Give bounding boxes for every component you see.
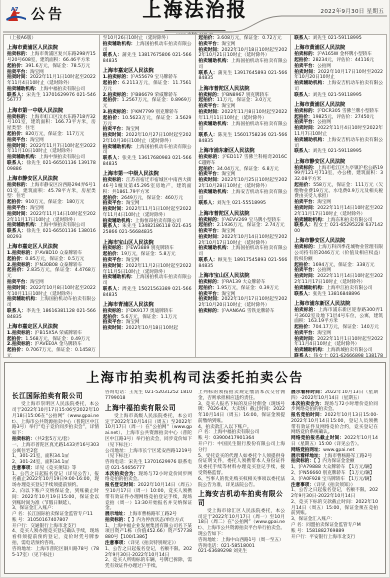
intro-paragraph: 受上海市徐汇区人民法院委托，本公司定于2022年10月17日（周一）至10月18…	[198, 509, 285, 538]
field-line: 拍卖时间：2022年10月17日10时至2022年10月20日10时止	[294, 70, 383, 82]
court-name-heading: 上海市静安区人民法院	[294, 238, 383, 244]
field-line: 拍卖时间：2022年11月8日10时起至2022年11月11日10时止（延时除外…	[199, 110, 288, 122]
text-line: 开户行：平安银行上海市北支行	[291, 535, 378, 541]
field-line: 拍卖辅助机构：上海国拍机动车拍卖有限公司	[7, 297, 96, 309]
court-name-heading: 上海市普陀区人民法院	[199, 211, 288, 217]
field-line: 注意事项：（详见《拍卖特别规定》）	[105, 541, 192, 547]
court-name-heading: 上海市黄浦区人民法院	[294, 102, 383, 108]
field-line: 联系人：蒲先生 13917645893 021-56684835	[199, 71, 288, 83]
court-name-heading: 上海市宝山区人民法院	[103, 240, 192, 246]
court-name-heading: 上海市普陀区人民法院	[199, 86, 288, 92]
field-line: 联系人：李先生 18616381128 021-56684835	[7, 309, 96, 321]
field-line: 拍卖时间：2022年10月18日10时起至2022年10月21日10时止（延时除…	[199, 48, 288, 60]
field-line: 拍卖时间：2022年10月17日10时起至2022年10月20日10时止（延时除…	[199, 297, 288, 309]
text-line: 2、竞买下标的交款截止时间：2022年10月14日（周五）15:00，保证金须在…	[291, 500, 378, 517]
court-name-heading: 上海市浦东新区人民法院	[199, 148, 288, 154]
field-line: 拍卖时间：2022年11月14日10时起至2022年11月17日10时止（延时除…	[7, 212, 96, 224]
field-line: 拍卖辅助机构：上海国拍机动车拍卖有限公司	[199, 246, 288, 258]
field-line: 拍卖标的：沪AAN6AG 雪铁龙牌轿车	[199, 309, 288, 315]
field-line: 拍卖辅助机构：上海国拍机动车拍卖有限公司	[199, 122, 288, 134]
date-line: 2022年9月30日 星期五	[321, 7, 384, 15]
text-line: 021-63689298 刘先生	[198, 549, 285, 555]
auction-column-4: 展示看样时间：2022年10月13日（星期四）-2022年10月14日（星期五）…	[288, 390, 381, 574]
text-line: 2、竞买人所购标的车辆，号牌已拆除，需凭有效证件办理过户手续。	[105, 558, 192, 570]
newspaper-logo: A7	[5, 6, 27, 23]
field-line: 拍卖标的：上海市静安区汾西路294弄6号101室，建筑面积：45.78平方米，房…	[7, 183, 96, 200]
field-line: 拍卖时间：2022年11月14日10时起至2022年11月17日10时止（延时除…	[294, 274, 383, 286]
company-name-heading: 长江国际拍卖有限公司	[12, 392, 99, 400]
court-name-heading: 上海市静安区人民法院	[7, 176, 96, 182]
field-line: 联系人：顾先生 18917545893 021-56684835	[199, 258, 288, 270]
field-line: 网络竞拍报名截止时间：2022年10月14日（星期五）15:00（详见公告）。	[291, 436, 378, 448]
field-line: 展示看样时间：2022年10月13日（星期四）-2022年10月14日（星期五）	[291, 390, 378, 402]
text-line: 1、公告之日起报名登记，名额不限。2022年9月30日-2022年10月14日	[291, 488, 378, 500]
field-line: 起拍价：0.7067万元，保证金：0.1458万元	[7, 348, 96, 357]
court-name-heading: 上海市嘉定区人民法院	[7, 244, 96, 250]
intro-paragraph: 受上海市崇明区人民法院委托，本公司于2022年10月17日15:06至2022年…	[12, 402, 99, 437]
field-line: 拍卖时间：2022年10月18日10时起	[103, 326, 192, 332]
field-line: 拍卖标的：上海市虹口区汶水东路718弄32号101室，建筑面积：166.73平方…	[7, 115, 96, 132]
field-line: 拍卖时间：2022年10月8日10时起至2022年10月11日10时止（延时除外…	[7, 286, 96, 298]
field-line: 起拍价：2.835万元，保证金：4.4768万元	[7, 268, 96, 280]
field-line: 拍卖时间：2022年11月4日10时至2022年11月7日10时止	[294, 126, 383, 138]
field-line: 联系人：钱女士 021-62666898 13817820563	[294, 354, 383, 357]
field-line: 联系人：周先生 15021563389 021-56684835	[103, 287, 192, 299]
text-line: （上接A6版）	[7, 36, 96, 42]
field-line: 联系人：张先生 13617680983 021-56684835	[103, 156, 192, 168]
masthead-title: 上海法治报	[142, 1, 247, 21]
text-line: 1、公告之日起报名登记（详见公告），报名截止2022年10月19日9:00-16…	[12, 472, 99, 489]
field-line: 拍卖辅助机构：上海国拍机动车拍卖有限公司	[103, 275, 192, 287]
field-line: 拍卖标的：江苏省宿迁市宿城区中南西大街46号1幢及第45.295室房地产，建筑面…	[103, 178, 192, 195]
page-code: A7	[11, 7, 18, 13]
field-line: 起拍价：6.2113万元，保证金：11.7561万元	[103, 81, 192, 93]
text-line: 上列标的须按拍卖规定缴清本次交付佣金，否则承担相应违约责任。	[198, 390, 285, 402]
field-line: 拍卖标的：上海市黄浦区复兴东路298弄15号20号608室，建筑面积：66.46…	[7, 52, 96, 64]
text-line: 5、受托竞买的代理人如委托个人须提供身份证明文件，委托人须携带本人身份证件及委托…	[198, 454, 285, 477]
field-line: 拍卖标的：上海市浦东新区迎春路300弄1号3602室及地下1层4号车位，公寓，建…	[294, 308, 383, 325]
field-line: 报名登记时间：2022年10月14日（周五）至10月17日（周一）10:00，竞…	[105, 483, 192, 512]
text-line: 咨询电话：王先生 021-52031252 18107799018	[105, 390, 192, 402]
classifieds-column-4: 联系人：刘先生 021-59118995上海市黄浦区人民法院拍卖标的：沪A165…	[291, 35, 386, 357]
classifieds-column-1: （上接A6版）上海市黄浦区人民法院拍卖标的：上海市黄浦区复兴东路298弄15号2…	[4, 35, 100, 357]
field-line: 联系人：朱先生 13482186118 021-63525866 021-566…	[103, 224, 192, 236]
field-line: 联系人：刘先生 021-59118995	[294, 93, 383, 99]
field-line: 拍卖辅助机构：上海安吉机动车拍卖有限公司	[199, 190, 288, 202]
auction-column-2: 咨询电话：王先生 021-52031252 18107799018上海中福拍卖有…	[102, 390, 195, 574]
field-line: 拍卖标的：【 】内为停放状态/单位方式	[105, 518, 192, 524]
text-line: 4、竞买人须办理竞买登记确认手续，现场看样须提前预约登记，竞价时凭号牌参拍，需电…	[12, 529, 99, 546]
field-line: 拍卖时间：2022年11月1日10时起至2022年11月4日10时止（延时除外）	[103, 207, 192, 219]
court-name-heading: 上海市嘉定区人民法院	[103, 68, 192, 74]
classifieds-column-3: 起拍价：3.608万元，保证金：0.72万元拍卖平台：淘宝网拍卖时间：2022年…	[196, 35, 292, 357]
field-line: 联系人：刘先生 021-55518995	[199, 201, 288, 207]
field-line: 拍卖时间：2022年11月1日10时起至2022年11月4日10时止（延时除外）	[294, 337, 383, 349]
text-line: 2、向以下账户交纳保证金，到账截止时间：2022年10月19日15:00，保证金…	[12, 489, 99, 506]
field-line: 拍卖时间：2022年10月25日10时起至2022年10月28日10时止（延时除…	[199, 178, 288, 190]
field-line: 拍卖辅助机构：上海安吉机动车拍卖有限公司	[294, 138, 383, 150]
text-line: 公司地址：上海市长宁区延安西路1219号（见下标注）	[105, 449, 192, 461]
field-line: 起拍价：1.2567万元，保证金：0.8969万元	[103, 98, 192, 110]
field-line: 拍卖时间：2022年11月7日10时起至2022年11月10日10时止（延时除外…	[7, 144, 96, 156]
text-line: 咨询电话：宋先生 13701629976 联系电话 021-54656777	[105, 460, 192, 472]
intro-paragraph: 受上海市高级人民法院委托，本公司定于2022年10月14日（周五）至2022年1…	[105, 414, 192, 449]
field-line: 联系人：徐先生 021-66501136 13917809886	[7, 161, 96, 173]
field-line: 联系人：宋先生 13701629976 021-54656777	[7, 93, 96, 105]
field-line: 拍卖辅助机构：上海国拍机动车拍卖有限公司	[199, 59, 288, 71]
field-line: 起拍价：10.5623万元，保证金：3.5629万元	[103, 116, 192, 128]
field-line: 联系人：程女士 021-65295228 63714200	[294, 223, 383, 235]
field-line: 本次拍卖会为：现场与72小时竞价同步网络竞拍的拍卖会。	[105, 472, 192, 484]
text-line: 6、当事人的优先购买权相关事项以委托法院公告为准，详见法院公告。	[198, 477, 285, 489]
court-name-heading: 上海市静安区人民法院	[294, 159, 383, 165]
text-line: 一、上海市普陀区真光路1433弄16号303公寓住宅2套	[12, 443, 99, 455]
header-left: A7 公告	[5, 4, 65, 24]
section-label: 公告	[31, 4, 65, 24]
newspaper-page: A7 公告 上海法治报 www.shfzb.com.cn 2022年9月30日 …	[1, 0, 389, 577]
text-line: 1、公告之日起报名登记，名额不限。2022年9月30日-2022年10月14日	[105, 547, 192, 559]
auction-column-1: 长江国际拍卖有限公司受上海市崇明区人民法院委托，本公司于2022年10月17日1…	[9, 390, 102, 574]
court-name-heading: 上海市青浦区人民法院	[103, 302, 192, 308]
field-line: 拍卖时间：2022年10月27日10时起至2022年10月30日10时止（延时除…	[103, 133, 192, 145]
text-line: 咨询地址：上海中山西路1号（周一至五）	[198, 538, 285, 544]
field-line: 起拍价：558万元，保证金：111万元（欠缴物业费19万元、水电费0.9万元及相…	[294, 183, 383, 200]
company-name-heading: 上海中福拍卖有限公司	[105, 404, 192, 412]
court-name-heading: 上海市黄浦区人民法院	[294, 45, 383, 51]
court-name-heading: 上海市第一中级人民法院	[7, 108, 96, 114]
auction-box-columns: 长江国际拍卖有限公司受上海市崇明区人民法院委托，本公司于2022年10月17日1…	[9, 390, 381, 574]
court-name-heading: 上海市第一中级人民法院	[103, 171, 192, 177]
field-line: 联系人：刘先生 021-59118995	[294, 36, 383, 42]
field-line: 联系人：陈先生 15601758236 021-56684835	[199, 133, 288, 145]
auction-announcement-box: 上海市拍卖机构司法委托拍卖公告 长江国际拍卖有限公司受上海市崇明区人民法院委托，…	[4, 362, 386, 574]
company-name-heading: 上海安吉机动车拍卖有限公司	[198, 490, 285, 507]
auction-column-3: 上列标的须按拍卖规定缴清本次交付佣金，否则承担相应违约责任。3、竞买人报名下标的…	[195, 390, 288, 574]
text-line: 咨询地址：上海市普陀区铜川路78号（785-17室）（见下标注）	[12, 547, 99, 559]
court-name-heading: 上海市黄浦区人民法院	[7, 45, 96, 51]
text-line: 1、上海中福企业发展集团有限公司名下某项目资产1栋（价值452.66）资产577…	[105, 524, 192, 541]
field-line: 拍卖辅助机构：上海国拍机动车拍卖有限公司	[103, 42, 192, 54]
field-line: 本次拍卖会为：现场与72小时增价竞价同步网络竞拍的拍卖会。	[291, 402, 378, 414]
text-line: 2、沪N56660 别克牌轿车 【1万元/辆】	[291, 471, 378, 477]
field-line: 拍卖标的：上海市松江区九亭镇沪松公路1999弄121号713室，办公楼，建筑面积…	[294, 166, 383, 183]
field-line: 联系人：刘先生 021-59118995	[294, 149, 383, 155]
field-line: 拍卖标的：沪ED117 雪佛兰科帕奇2016CC越野车	[199, 155, 288, 167]
classifieds-section: （上接A6版）上海市黄浦区人民法院拍卖标的：上海市黄浦区复兴东路298弄15号2…	[3, 34, 387, 358]
text-line: 开户行：中国民生银行股份有限公司上海分行	[198, 442, 285, 454]
field-line: 拍卖时间：2022年11月14日10时起至2022年11月17日10时止（延时除…	[294, 206, 383, 218]
text-line: 3、竞买人报名下标的及应付佣金（现场号牌：7026-4X、大卖场）截止时间：20…	[198, 402, 285, 425]
court-name-heading: 上海市浦东新区人民法院	[294, 301, 383, 307]
court-name-heading: 上海市嘉定区人民法院	[7, 324, 96, 330]
field-line: 拍卖辅助机构：上海安吉机动车拍卖有限公司	[294, 81, 383, 93]
field-line: 拍卖时间：2022年10月14日10时起至2022年10月17日10时止（延时除…	[199, 235, 288, 247]
field-line: 拍卖标的：上海万科四季花城物业管理有限公司持有的2046万元（价值及相应权益）股…	[294, 245, 383, 262]
field-line: 联系人：徐先生 021-66501136 13801680293	[7, 229, 96, 241]
field-line: 联系人：张先生 13816848896	[294, 292, 383, 298]
page-header: A7 公告 上海法治报 www.shfzb.com.cn 2022年9月30日 …	[1, 0, 389, 33]
field-line: 报名竞拍时间：2022年10月13日15:00-2022年10月14日15:00…	[291, 413, 378, 436]
field-line: 拍卖辅助机构：上海国拍机动车拍卖有限公司	[103, 145, 192, 157]
field-line: 拍卖时间：2022年11月1日10时起至2022年11月4日10时止（延时除外）	[7, 75, 96, 87]
court-name-heading: 上海市宝山区人民法院	[199, 273, 288, 279]
field-line: 联系人：蒲先生 13817675806 021-56684835	[103, 53, 192, 65]
auction-box-title: 上海市拍卖机构司法委托拍卖公告	[9, 367, 381, 386]
field-line: 拍卖时间：2022年11月2日10时起至2022年11月5日10时止（延时除外）	[103, 264, 192, 276]
classifieds-column-2: 至10月26日10时止（延时除外）拍卖辅助机构：上海国拍机动车拍卖有限公司联系人…	[100, 35, 196, 357]
